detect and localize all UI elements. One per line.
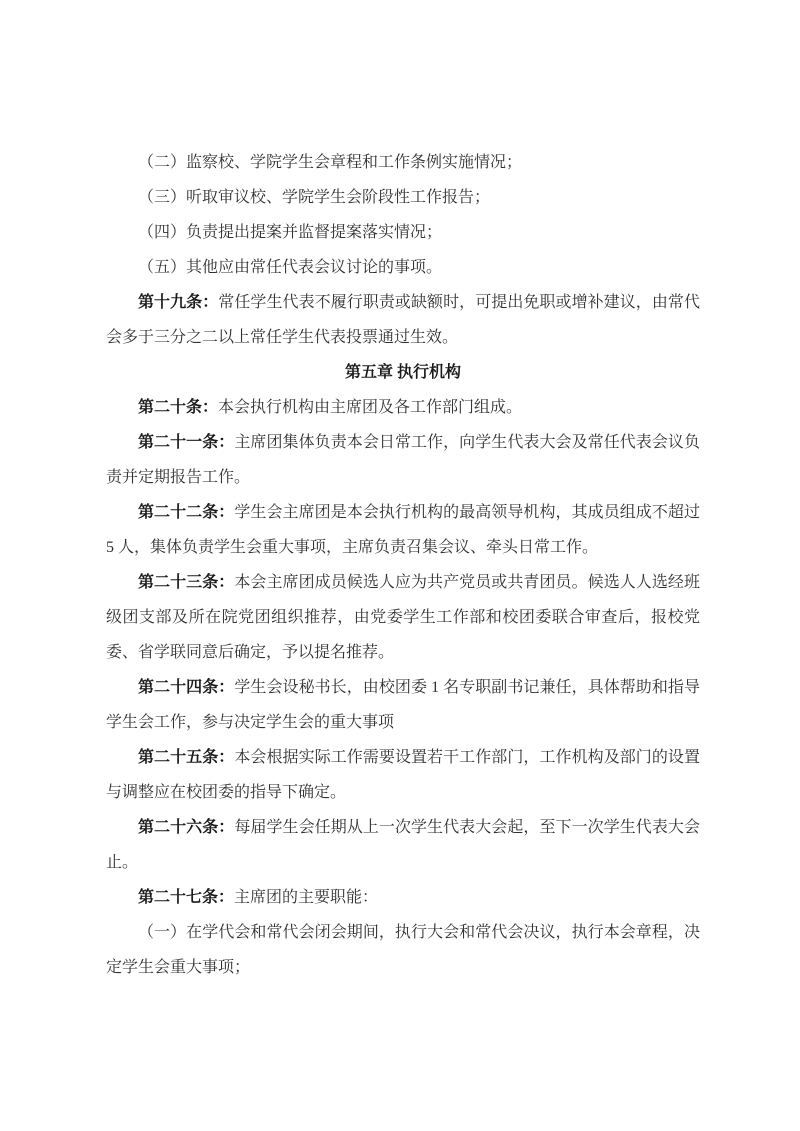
chapter-heading: 第五章 执行机构 bbox=[106, 355, 700, 390]
document-body: （二）监察校、学院学生会章程和工作条例实施情况；（三）听取审议校、学院学生会阶段… bbox=[106, 145, 700, 985]
paragraph: 第二十四条：学生会设秘书长，由校团委 1 名专职副书记兼任，具体帮助和指导学生会… bbox=[106, 670, 700, 740]
text-run: （四）负责提出提案并监督提案落实情况； bbox=[138, 224, 442, 241]
text-run: （三）听取审议校、学院学生会阶段性工作报告； bbox=[138, 189, 490, 206]
document-page: （二）监察校、学院学生会章程和工作条例实施情况；（三）听取审议校、学院学生会阶段… bbox=[0, 0, 800, 1131]
text-run: （五）其他应由常任代表会议讨论的事项。 bbox=[138, 259, 442, 276]
paragraph: 第二十一条：主席团集体负责本会日常工作，向学生代表大会及常任代表会议负责并定期报… bbox=[106, 425, 700, 495]
paragraph: 第二十七条：主席团的主要职能： bbox=[106, 880, 700, 915]
paragraph: （四）负责提出提案并监督提案落实情况； bbox=[106, 215, 700, 250]
text-run: 本会执行机构由主席团及各工作部门组成。 bbox=[218, 399, 522, 416]
paragraph: （二）监察校、学院学生会章程和工作条例实施情况； bbox=[106, 145, 700, 180]
paragraph: 第二十六条：每届学生会任期从上一次学生代表大会起，至下一次学生代表大会止。 bbox=[106, 810, 700, 880]
paragraph: （三）听取审议校、学院学生会阶段性工作报告； bbox=[106, 180, 700, 215]
text-run: 主席团的主要职能： bbox=[234, 889, 378, 906]
article-number-label: 第五章 执行机构 bbox=[345, 364, 461, 381]
paragraph: 第二十三条：本会主席团成员候选人应为共产党员或共青团员。候选人人选经班级团支部及… bbox=[106, 565, 700, 670]
paragraph: 第二十条：本会执行机构由主席团及各工作部门组成。 bbox=[106, 390, 700, 425]
paragraph: 第二十五条：本会根据实际工作需要设置若干工作部门，工作机构及部门的设置与调整应在… bbox=[106, 740, 700, 810]
article-number-label: 第十九条： bbox=[138, 294, 218, 311]
article-number-label: 第二十七条： bbox=[138, 889, 234, 906]
article-number-label: 第二十二条： bbox=[138, 504, 234, 521]
article-number-label: 第二十条： bbox=[138, 399, 218, 416]
paragraph: 第二十二条：学生会主席团是本会执行机构的最高领导机构，其成员组成不超过 5 人，… bbox=[106, 495, 700, 565]
paragraph: （一）在学代会和常代会闭会期间，执行大会和常代会决议，执行本会章程，决定学生会重… bbox=[106, 915, 700, 985]
article-number-label: 第二十三条： bbox=[138, 574, 234, 591]
text-run: （一）在学代会和常代会闭会期间，执行大会和常代会决议，执行本会章程，决定学生会重… bbox=[106, 924, 700, 976]
paragraph: （五）其他应由常任代表会议讨论的事项。 bbox=[106, 250, 700, 285]
paragraph: 第十九条：常任学生代表不履行职责或缺额时，可提出免职或增补建议，由常代会多于三分… bbox=[106, 285, 700, 355]
article-number-label: 第二十四条： bbox=[138, 679, 234, 696]
article-number-label: 第二十一条： bbox=[138, 434, 234, 451]
article-number-label: 第二十六条： bbox=[138, 819, 234, 836]
text-run: （二）监察校、学院学生会章程和工作条例实施情况； bbox=[138, 154, 522, 171]
article-number-label: 第二十五条： bbox=[138, 749, 234, 766]
